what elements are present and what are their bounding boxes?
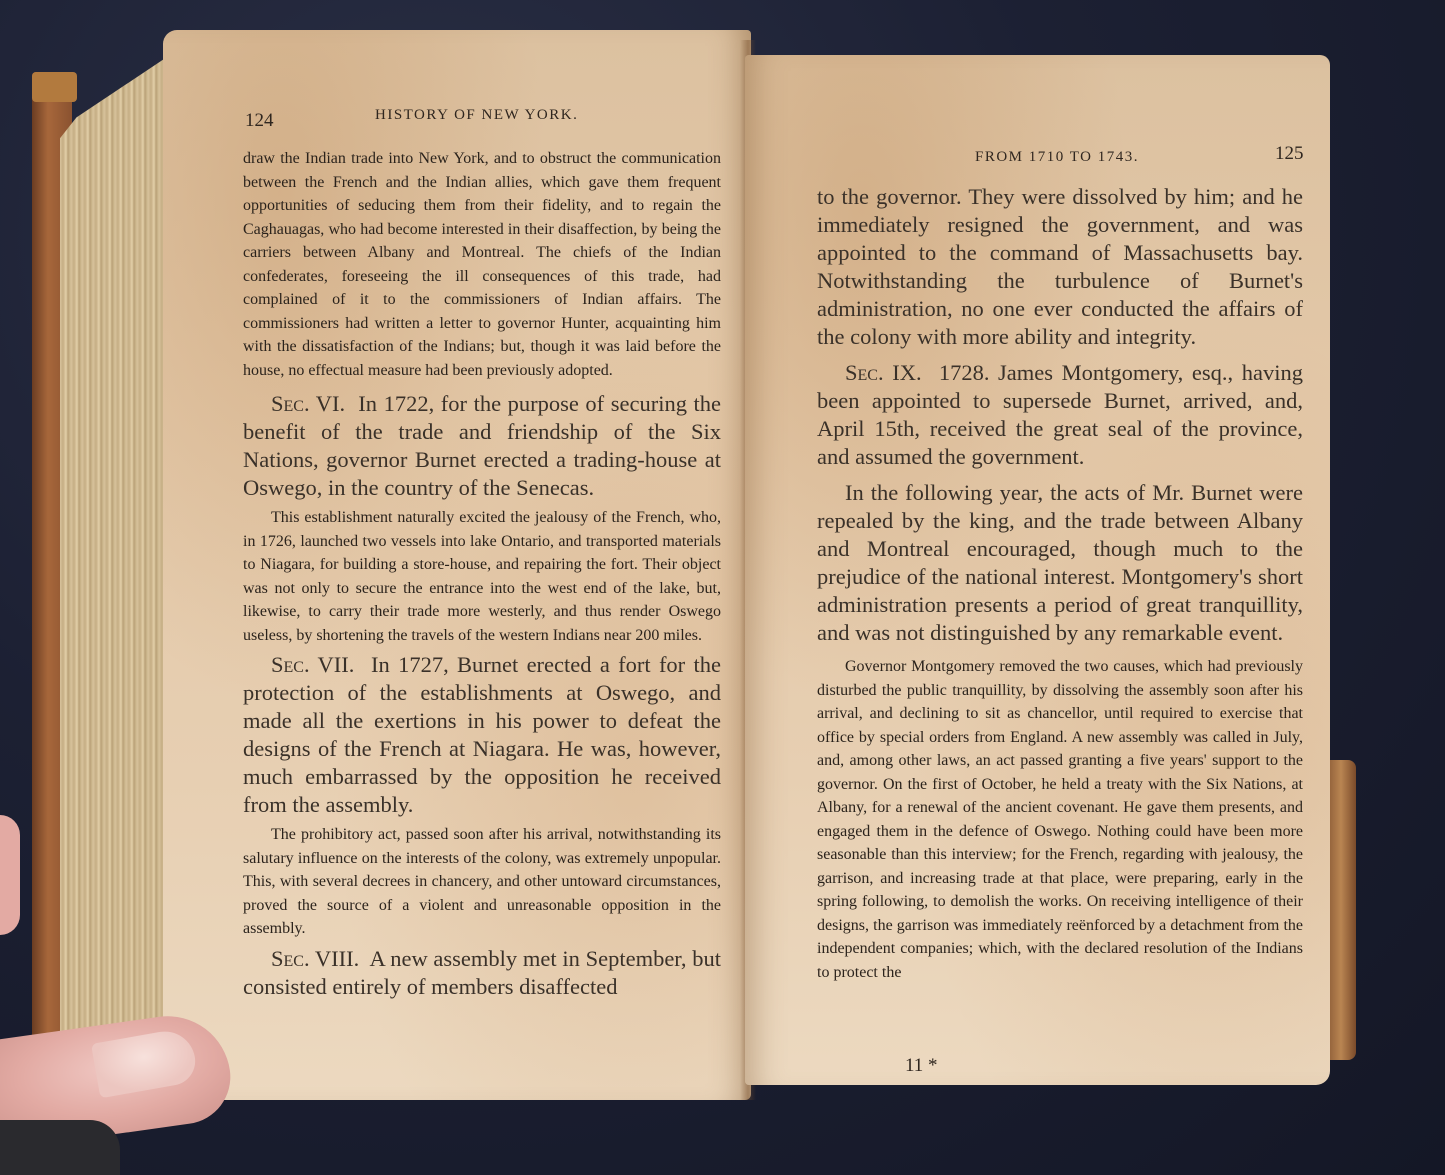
right-page-number: 125 bbox=[1275, 143, 1304, 165]
paragraph: The prohibitory act, passed soon after h… bbox=[243, 823, 721, 941]
paragraph: draw the Indian trade into New York, and… bbox=[243, 147, 721, 382]
right-running-head: FROM 1710 TO 1743. bbox=[975, 149, 1139, 166]
book-cover-corner bbox=[32, 72, 77, 102]
left-running-head: HISTORY OF NEW YORK. bbox=[375, 107, 578, 124]
section-paragraph: Sec. VI. In 1722, for the purpose of sec… bbox=[243, 390, 721, 502]
paragraph: to the governor. They were dissolved by … bbox=[817, 183, 1303, 351]
paragraph: Governor Montgomery removed the two caus… bbox=[817, 655, 1303, 984]
left-text-block: draw the Indian trade into New York, and… bbox=[243, 147, 721, 1001]
section-label: Sec. VIII. bbox=[271, 946, 359, 971]
section-label: Sec. VII. bbox=[271, 652, 354, 677]
section-label: Sec. IX. bbox=[845, 360, 922, 385]
right-page: FROM 1710 TO 1743. 125 to the governor. … bbox=[745, 55, 1330, 1085]
left-page-number: 124 bbox=[245, 110, 274, 132]
book-cover-right bbox=[1326, 760, 1356, 1060]
finger bbox=[0, 815, 20, 935]
section-paragraph: Sec. IX. 1728. James Montgomery, esq., h… bbox=[817, 359, 1303, 471]
section-paragraph: Sec. VII. In 1727, Burnet erected a fort… bbox=[243, 651, 721, 819]
signature-mark: 11 * bbox=[905, 1055, 938, 1077]
right-text-block: to the governor. They were dissolved by … bbox=[817, 183, 1303, 984]
sleeve bbox=[0, 1120, 120, 1175]
paragraph: In the following year, the acts of Mr. B… bbox=[817, 479, 1303, 647]
page-edges-stack bbox=[60, 55, 170, 1095]
paragraph: This establishment naturally excited the… bbox=[243, 506, 721, 647]
left-page: 124 HISTORY OF NEW YORK. draw the Indian… bbox=[163, 30, 751, 1100]
section-paragraph: Sec. VIII. A new assembly met in Septemb… bbox=[243, 945, 721, 1001]
section-label: Sec. VI. bbox=[271, 391, 345, 416]
